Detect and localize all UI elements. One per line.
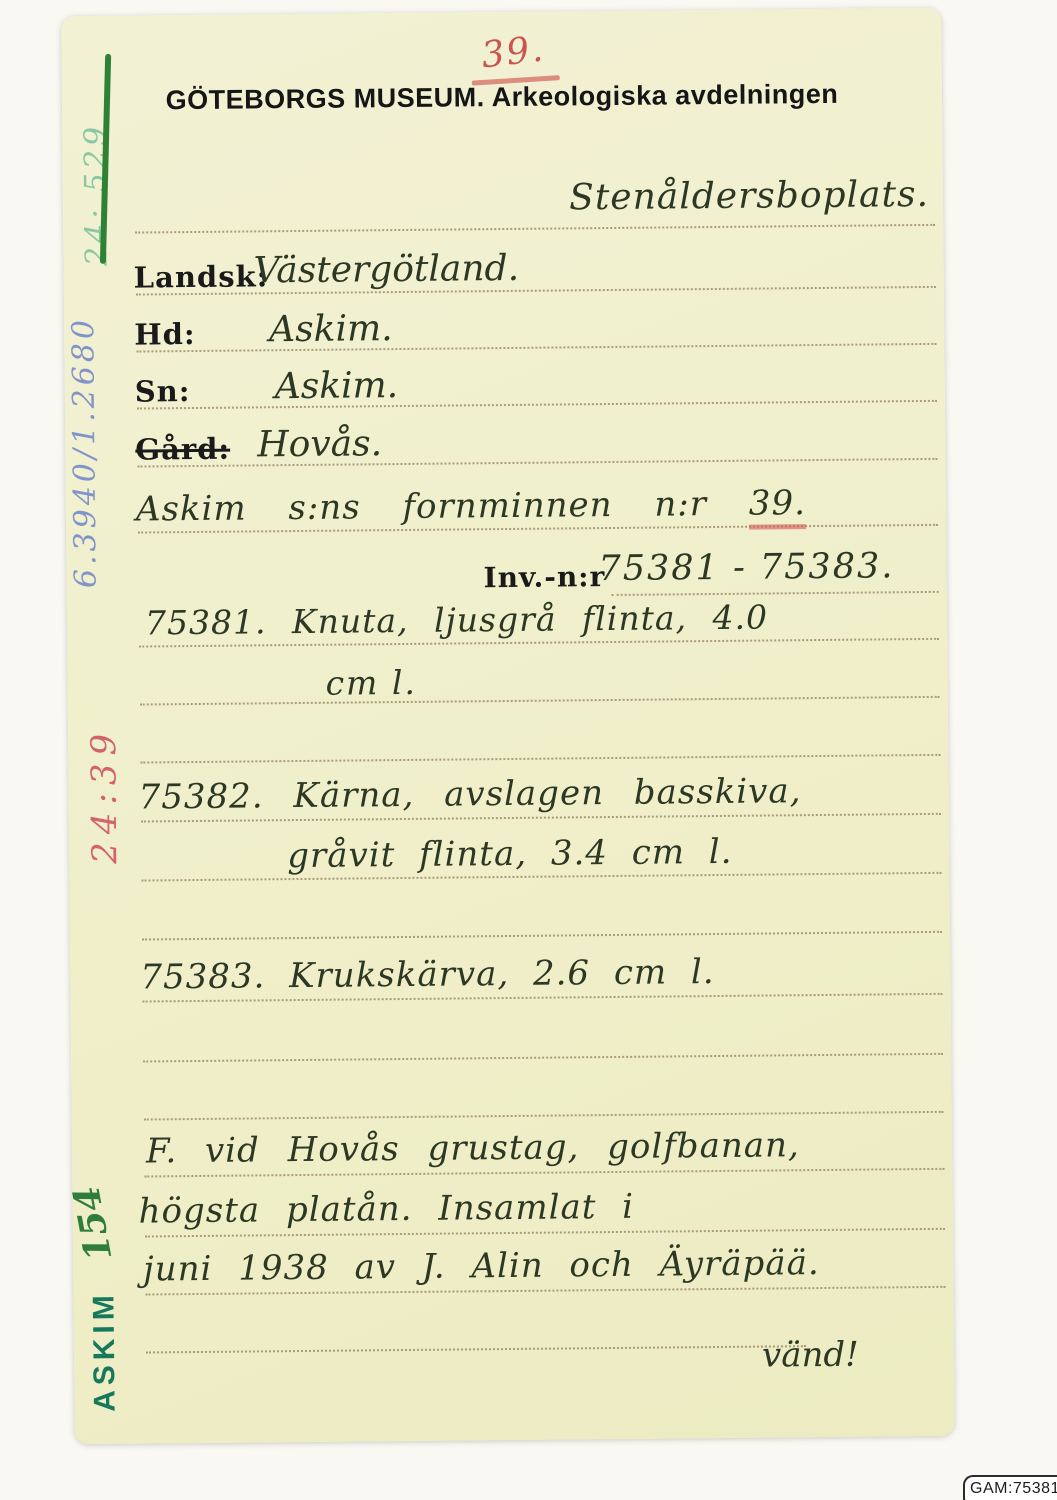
catalog-id-text: GAM:75381 bbox=[970, 1480, 1057, 1498]
field-label-landsk: Landsk: bbox=[134, 259, 269, 294]
turn-note: vänd! bbox=[762, 1335, 859, 1376]
field-value-sn: Askim. bbox=[275, 365, 399, 407]
field-value-hd: Askim. bbox=[269, 308, 393, 350]
inventory-value: 75381 - 75383. bbox=[598, 546, 894, 589]
field-label-sn: Sn: bbox=[135, 374, 191, 409]
field-label-gard: Gård: bbox=[135, 432, 230, 467]
museum-header: GÖTEBORGS MUSEUM. Arkeologiska avdelning… bbox=[62, 78, 942, 117]
fornminnen-text: Askim s:ns fornminnen n:r bbox=[136, 484, 707, 529]
provenance-line1: F. vid Hovås grustag, golfbanan, bbox=[146, 1125, 800, 1171]
catalog-card: 39. GÖTEBORGS MUSEUM. Arkeologiska avdel… bbox=[61, 8, 955, 1444]
field-label-hd: Hd: bbox=[134, 317, 196, 352]
catalog-id-label: GAM:75381 bbox=[963, 1475, 1057, 1500]
entry-75382-line2: gråvit flinta, 3.4 cm l. bbox=[287, 832, 733, 876]
dotted-rule bbox=[143, 1053, 943, 1063]
entry-75381-line2: cm l. bbox=[325, 663, 417, 703]
margin-blue-number: 6.3940/1.2680 bbox=[66, 316, 104, 588]
dotted-rule bbox=[136, 343, 936, 353]
dotted-rule bbox=[144, 1111, 944, 1121]
margin-red-number: 24:39 bbox=[84, 726, 125, 864]
dotted-rule bbox=[146, 1345, 806, 1353]
dotted-rule bbox=[137, 400, 937, 410]
provenance-line2: högsta platån. Insamlat i bbox=[138, 1187, 634, 1232]
dotted-rule bbox=[140, 696, 940, 706]
entry-75382-line1: 75382. Kärna, avslagen basskiva, bbox=[138, 771, 801, 817]
entry-75381-line1: 75381. Knuta, ljusgrå flinta, 4.0 bbox=[145, 598, 768, 643]
field-value-gard: Hovås. bbox=[257, 423, 382, 465]
dotted-rule bbox=[142, 931, 942, 941]
top-red-number: 39. bbox=[479, 28, 547, 76]
field-value-landsk: Västergötland. bbox=[253, 248, 519, 292]
fornminnen-number: 39. bbox=[749, 483, 807, 530]
margin-green-number: 154 bbox=[65, 1183, 120, 1265]
inventory-label: Inv.-n:r bbox=[483, 560, 605, 594]
site-type: Stenåldersboplats. bbox=[569, 174, 929, 218]
dotted-rule bbox=[612, 591, 939, 596]
margin-green-struck-number: 24: 529 bbox=[78, 123, 114, 266]
fornminnen-line: Askim s:ns fornminnen n:r 39. bbox=[136, 483, 806, 529]
margin-district-stamp: ASKIM bbox=[87, 1290, 122, 1412]
entry-75383-line1: 75383. Krukskärva, 2.6 cm l. bbox=[140, 952, 715, 998]
provenance-line3: juni 1938 av J. Alin och Äyräpää. bbox=[143, 1243, 820, 1289]
dotted-rule bbox=[140, 754, 940, 764]
dotted-rule bbox=[135, 224, 935, 234]
